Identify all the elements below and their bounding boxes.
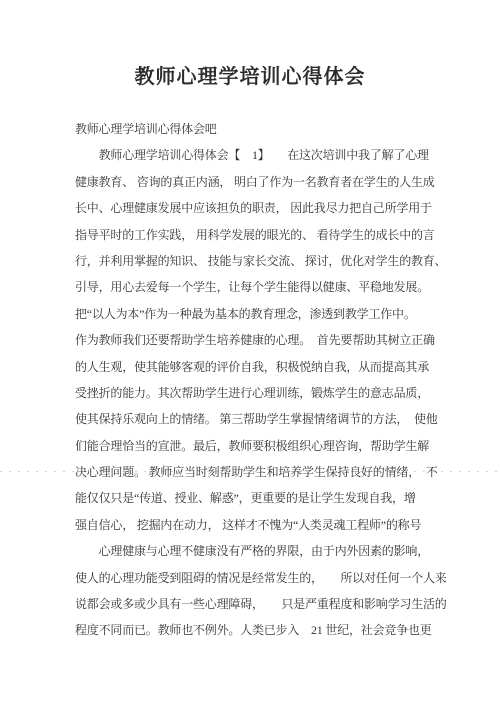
body-line: 能仅仅只是“传道、授业、解惑”，更重要的是让学生发现自我，增 [75,485,435,511]
body-line: 教师心理学培训心得体会【 1】 在这次培训中我了解了心理 [75,142,435,168]
body-line: 受挫折的能力。其次帮助学生进行心理训练，锻炼学生的意志品质， [75,380,435,406]
body-line: 引导，用心去爱每一个学生，让每个学生能得以健康、平稳地发展。 [75,274,435,300]
body-line: 长中、心理健康发展中应该担负的职责， 因此我尽力把自己所学用于 [75,195,435,221]
body-line: 决心理问题。 教师应当时刻帮助学生和培养学生保持良好的情绪， 不 [75,459,435,485]
body-line: 作为教师我们还要帮助学生培养健康的心理。 首先要帮助其树立正确 [75,327,435,353]
body-line: 指导平时的工作实践， 用科学发展的眼光的、 看待学生的成长中的言 [75,222,435,248]
body-line: 健康教育、 咨询的真正内涵， 明白了作为一名教育者在学生的人生成 [75,169,435,195]
body-line: 强自信心， 挖掘内在动力， 这样才不愧为“人类灵魂工程师”的称号 [75,512,435,538]
document-body: 教师心理学培训心得体会吧 教师心理学培训心得体会【 1】 在这次培训中我了解了心… [75,116,435,644]
document-title: 教师心理学培训心得体会 [0,60,500,89]
body-line: 行，并利用掌握的知识、 技能与家长交流、 探讨，优化对学生的教育、 [75,248,435,274]
body-line: 使其保持乐观向上的情绪。 第三帮助学生掌握情绪调节的方法， 使他 [75,406,435,432]
body-line: 的人生观，使其能够客观的评价自我，积极悦纳自我，从而提高其承 [75,354,435,380]
document-page: 教师心理学培训心得体会 教师心理学培训心得体会吧 教师心理学培训心得体会【 1】… [0,0,500,708]
body-line: 把“以人为本”作为一种最为基本的教育理念，渗透到教学工作中。 [75,301,435,327]
body-line: 们能合理恰当的宣泄。最后，教师要积极组织心理咨询，帮助学生解 [75,433,435,459]
body-line: 心理健康与心理不健康没有严格的界限，由于内外因素的影响， [75,538,435,564]
body-line: 使人的心理功能受到阻碍的情况是经常发生的， 所以对任何一个人来 [75,565,435,591]
body-line: 教师心理学培训心得体会吧 [75,116,435,142]
body-line: 说都会或多或少具有一些心理障碍， 只是严重程度和影响学习生活的 [75,591,435,617]
body-line: 程度不同而已。教师也不例外。人类已步入 21 世纪，社会竞争也更 [75,617,435,643]
